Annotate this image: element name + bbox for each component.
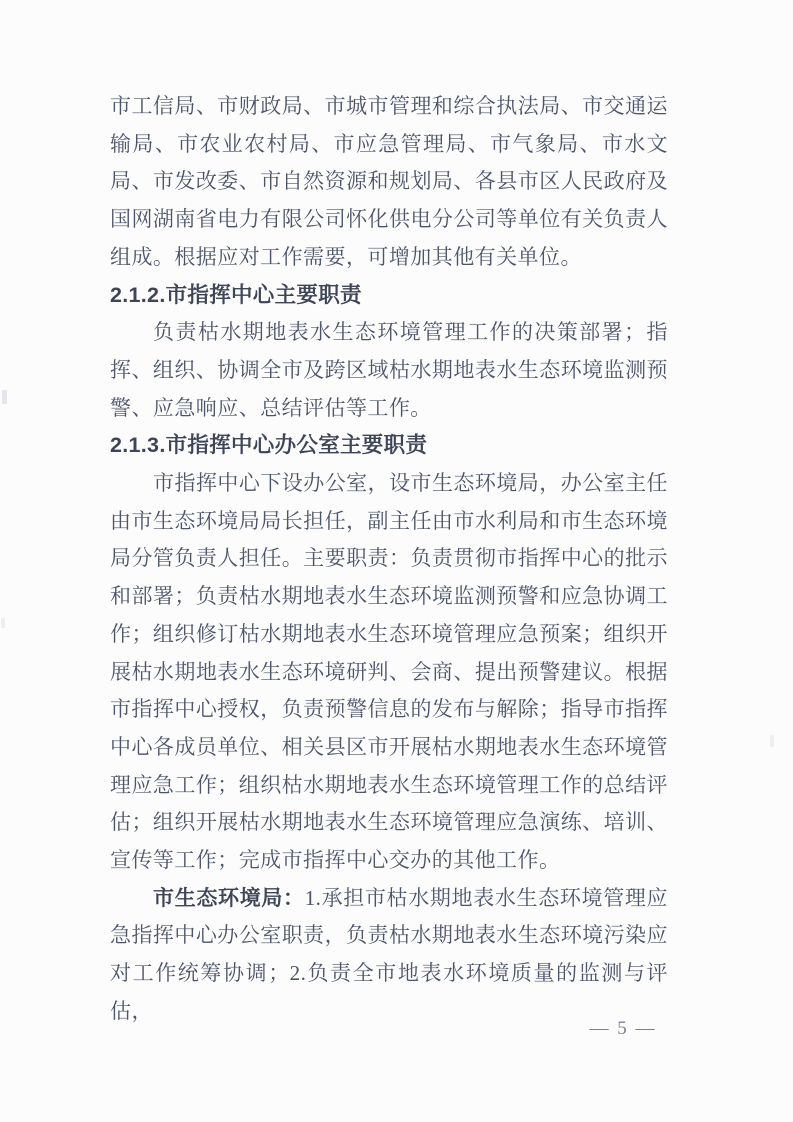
paragraph-command-center-duties: 负责枯水期地表水生态环境管理工作的决策部署；指挥、组织、协调全市及跨区域枯水期地…	[110, 314, 668, 427]
paragraph-office-duties: 市指挥中心下设办公室，设市生态环境局，办公室主任由市生态环境局局长担任，副主任由…	[110, 465, 668, 880]
page-number: — 5 —	[578, 1018, 668, 1040]
scan-artifact	[770, 735, 774, 747]
document-body: 市工信局、市财政局、市城市管理和综合执法局、市交通运输局、市农业农村局、市应急管…	[110, 88, 668, 1031]
dept-name-lead: 市生态环境局：	[153, 887, 305, 910]
paragraph-ecology-bureau: 市生态环境局：1.承担市枯水期地表水生态环境管理应急指挥中心办公室职责，负责枯水…	[110, 880, 668, 1031]
scan-artifact	[1, 618, 5, 628]
document-page: 市工信局、市财政局、市城市管理和综合执法局、市交通运输局、市农业农村局、市应急管…	[0, 0, 793, 1122]
heading-2-1-2-command-center-duties: 2.1.2.市指挥中心主要职责	[110, 277, 668, 315]
paragraph-member-units: 市工信局、市财政局、市城市管理和综合执法局、市交通运输局、市农业农村局、市应急管…	[110, 88, 668, 277]
heading-2-1-3-office-duties: 2.1.3.市指挥中心办公室主要职责	[110, 427, 668, 465]
scan-artifact	[2, 390, 7, 404]
